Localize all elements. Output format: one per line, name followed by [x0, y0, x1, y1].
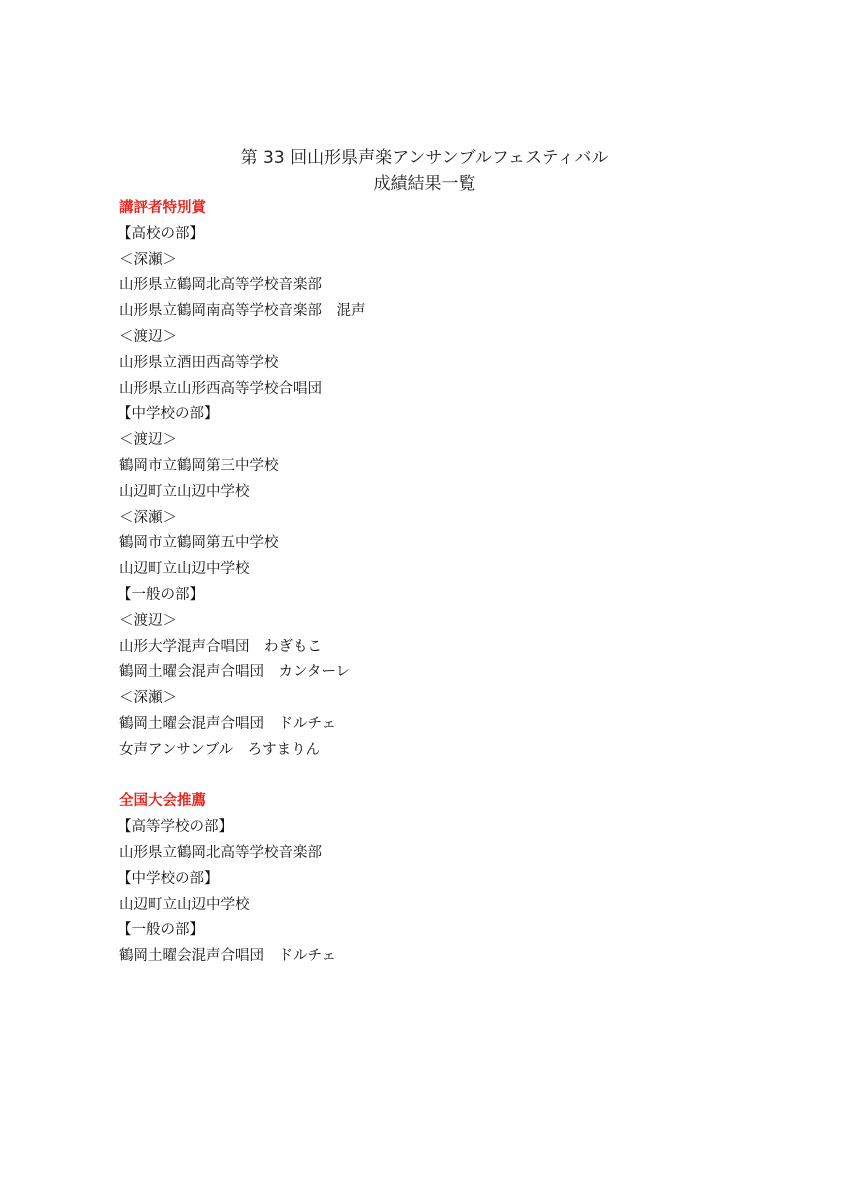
section-special-award: 講評者特別賞 【高校の部】 ＜深瀬＞ 山形県立鶴岡北高等学校音楽部 山形県立鶴岡… [119, 196, 366, 764]
judge-label: ＜渡辺＞ [119, 428, 366, 454]
list-item: 鶴岡市立鶴岡第五中学校 [119, 531, 366, 557]
category-label: 【中学校の部】 [117, 402, 366, 428]
judge-label: ＜深瀬＞ [119, 248, 366, 274]
category-label: 【高校の部】 [117, 222, 366, 248]
section-heading: 講評者特別賞 [119, 196, 366, 222]
section-heading: 全国大会推薦 [119, 789, 366, 815]
category-label: 【一般の部】 [117, 918, 366, 944]
list-item: 鶴岡土曜会混声合唱団 ドルチェ [119, 944, 366, 970]
results-content: 講評者特別賞 【高校の部】 ＜深瀬＞ 山形県立鶴岡北高等学校音楽部 山形県立鶴岡… [119, 196, 366, 970]
list-item: 山辺町立山辺中学校 [119, 893, 366, 919]
judge-label: ＜渡辺＞ [119, 325, 366, 351]
category-label: 【高等学校の部】 [117, 815, 366, 841]
judge-label: ＜深瀬＞ [119, 506, 366, 532]
category-label: 【一般の部】 [117, 583, 366, 609]
list-item: 鶴岡土曜会混声合唱団 カンターレ [119, 660, 366, 686]
list-item: 山辺町立山辺中学校 [119, 557, 366, 583]
title-line-2: 成績結果一覧 [0, 171, 849, 197]
document-title: 第 33 回山形県声楽アンサンブルフェスティバル 成績結果一覧 [0, 145, 849, 197]
list-item: 山形県立酒田西高等学校 [119, 351, 366, 377]
list-item: 山形県立鶴岡南高等学校音楽部 混声 [119, 299, 366, 325]
list-item: 山形県立山形西高等学校合唱団 [119, 377, 366, 403]
title-line-1: 第 33 回山形県声楽アンサンブルフェスティバル [0, 145, 849, 171]
list-item: 山辺町立山辺中学校 [119, 480, 366, 506]
list-item: 鶴岡市立鶴岡第三中学校 [119, 454, 366, 480]
list-item: 山形県立鶴岡北高等学校音楽部 [119, 273, 366, 299]
judge-label: ＜深瀬＞ [119, 686, 366, 712]
list-item: 山形大学混声合唱団 わぎもこ [119, 635, 366, 661]
list-item: 山形県立鶴岡北高等学校音楽部 [119, 841, 366, 867]
list-item: 女声アンサンブル ろすまりん [119, 738, 366, 764]
section-spacer [119, 764, 366, 790]
section-national-recommendation: 全国大会推薦 【高等学校の部】 山形県立鶴岡北高等学校音楽部 【中学校の部】 山… [119, 789, 366, 970]
judge-label: ＜渡辺＞ [119, 609, 366, 635]
category-label: 【中学校の部】 [117, 867, 366, 893]
list-item: 鶴岡土曜会混声合唱団 ドルチェ [119, 712, 366, 738]
